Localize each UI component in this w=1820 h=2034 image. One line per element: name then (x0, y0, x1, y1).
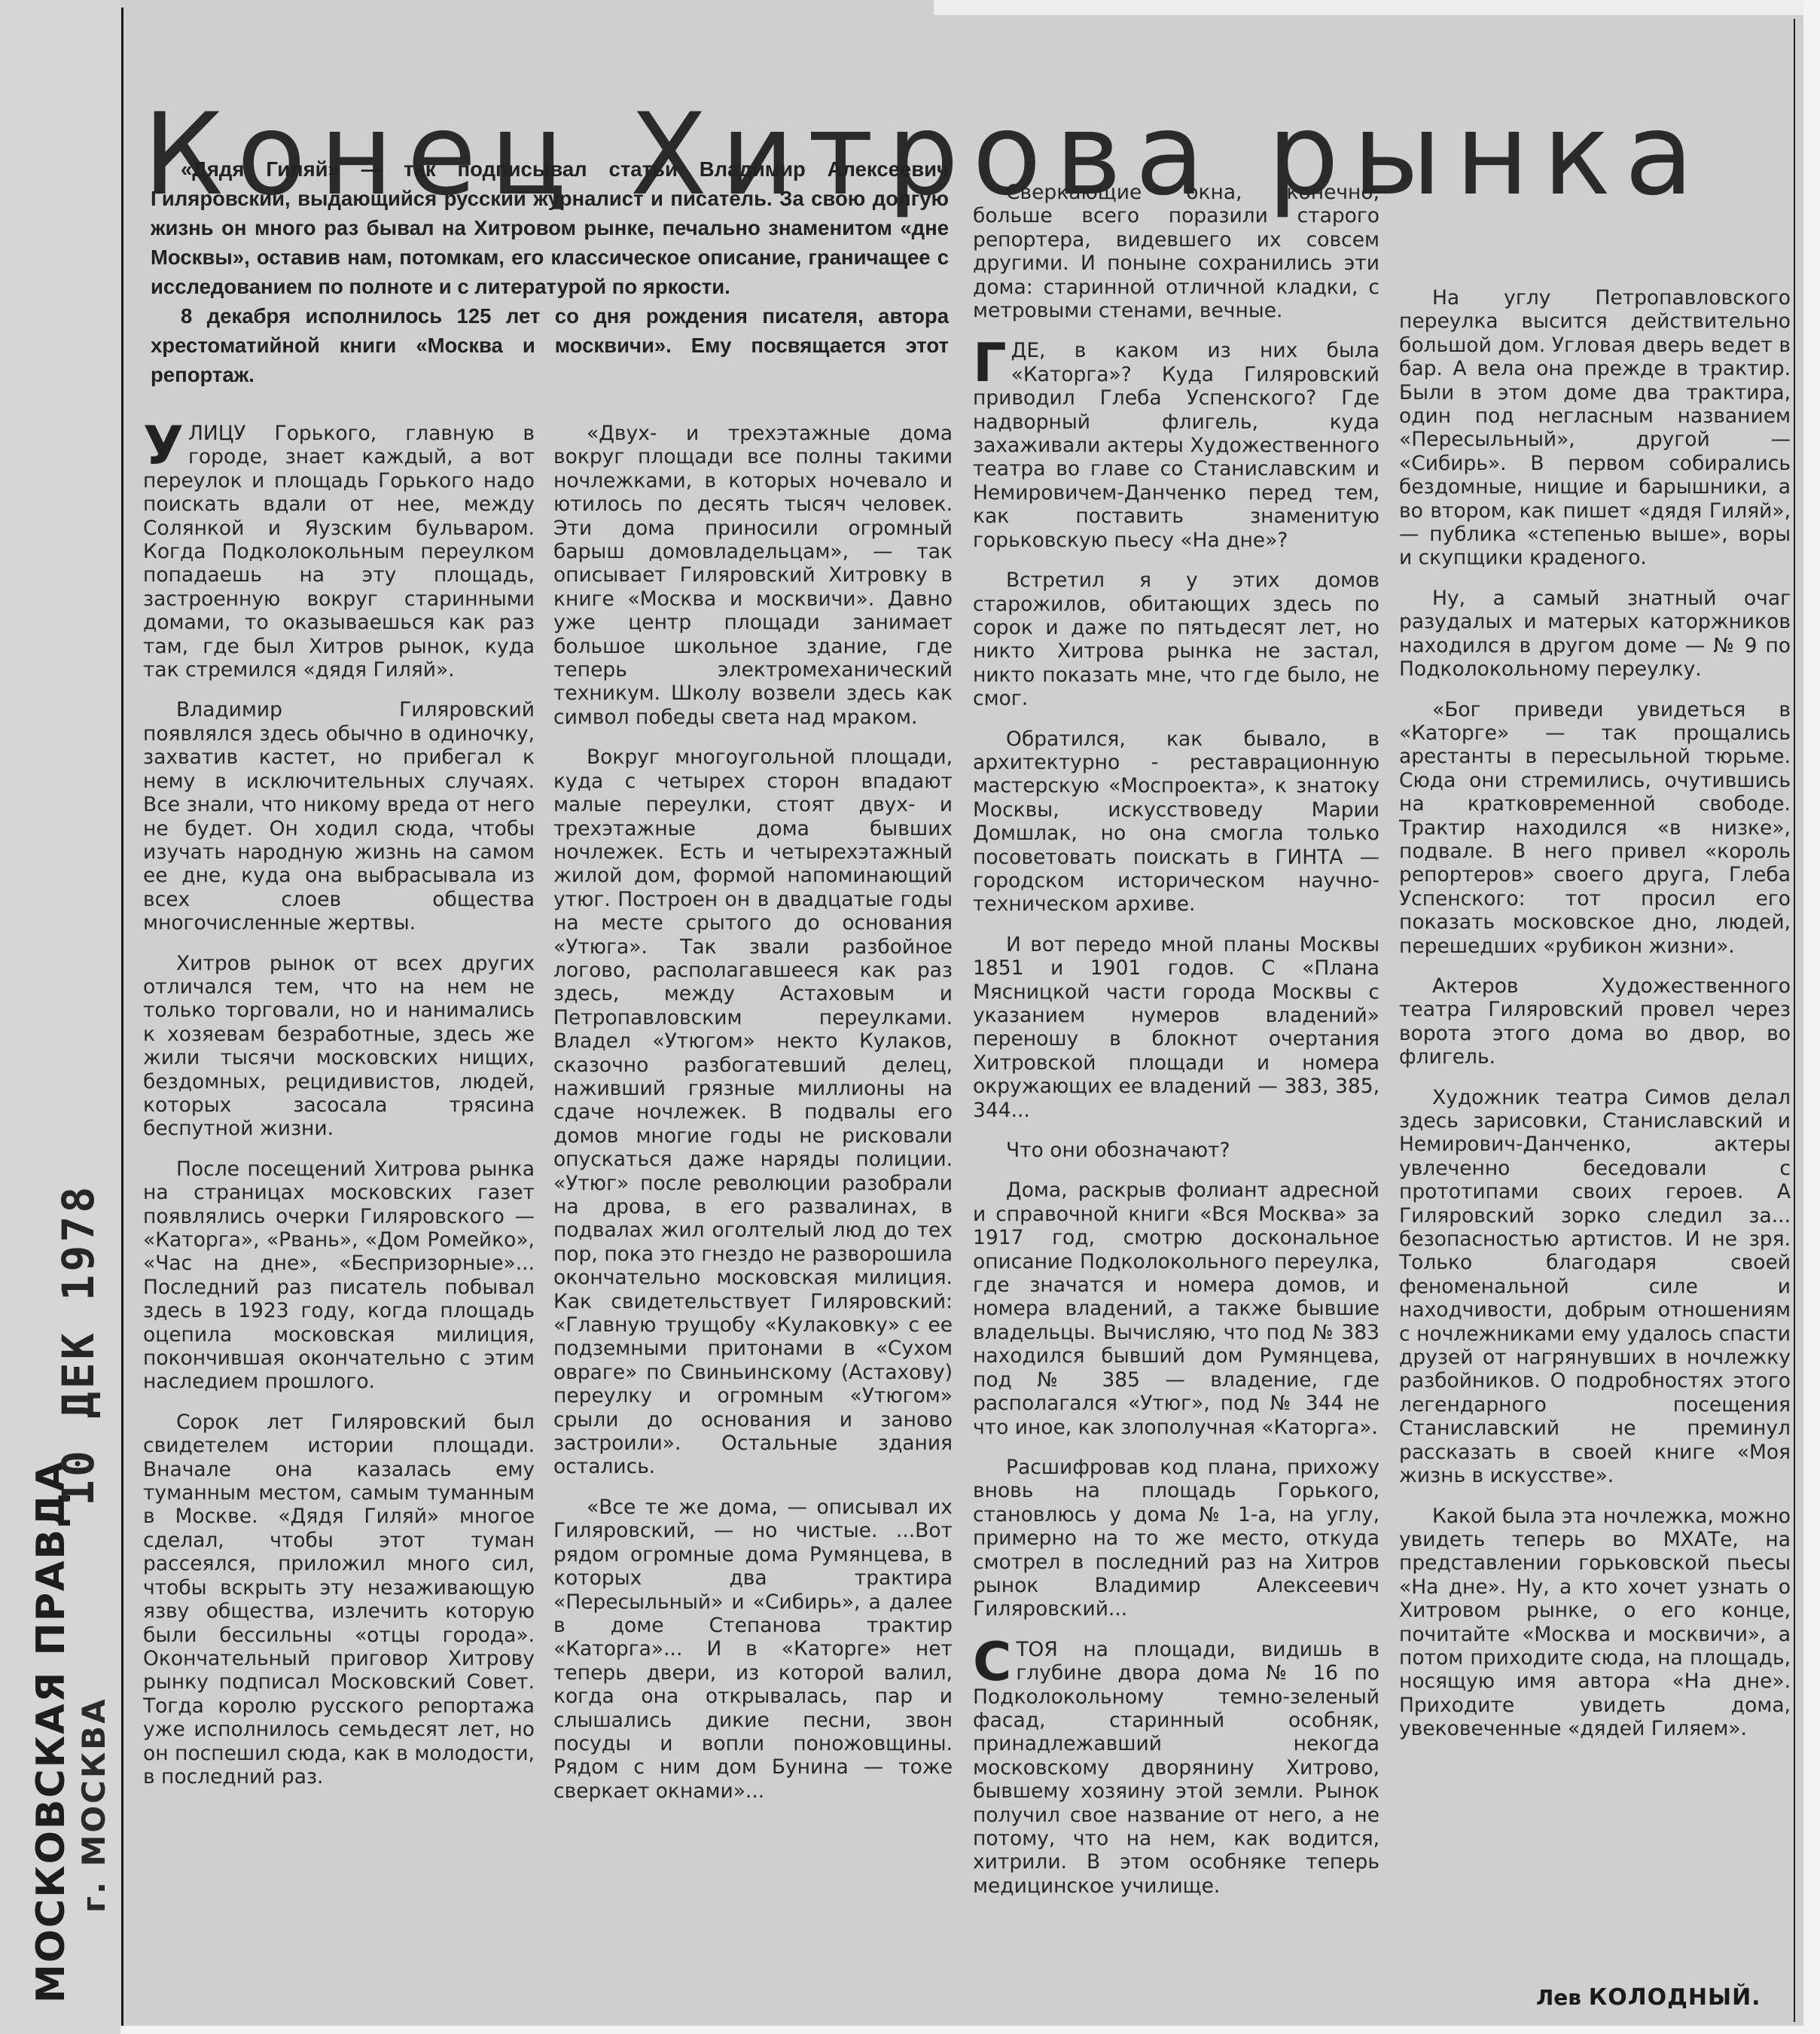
dropcap: С (973, 1641, 1011, 1683)
article-column-4: На углу Петропавловского переулка выситс… (1399, 286, 1791, 1758)
dropcap: У (143, 425, 184, 467)
lead-paragraphs: «Дядя Гиляй» — так подписывал статьи Вла… (151, 154, 949, 389)
paragraph: Хитров рынок от всех других отличался те… (143, 952, 535, 1141)
dropcap: Г (973, 342, 1007, 384)
article-column-2: «Двух- и трехэтажные дома вокруг площади… (553, 422, 953, 1819)
stamp-paper-name: МОСКОВСКАЯ ПРАВДА (29, 1459, 74, 2003)
article-column-1: УЛИЦУ Горького, главную в городе, знает … (143, 422, 535, 1805)
stamp-date: 10 ДЕК 1978 (53, 1184, 104, 1506)
paragraph: Актеров Художественного театра Гиляровск… (1399, 974, 1791, 1069)
paragraph: Обратился, как бывало, в архитектурно - … (973, 727, 1379, 916)
paragraph: «Бог приведи увидеться в «Каторге» — так… (1399, 698, 1791, 958)
newspaper-stamp: МОСКОВСКАЯ ПРАВДА г. МОСКВА 10 ДЕК 1978 (15, 1024, 128, 2026)
lead-paragraph: 8 декабря исполнилось 125 лет со дня рож… (151, 301, 949, 389)
paragraph: Расшифровав код плана, прихожу вновь на … (973, 1456, 1379, 1621)
paragraph: Сорок лет Гиляровский был свидетелем ист… (143, 1410, 535, 1789)
column-rule-right (1794, 19, 1795, 2022)
scan-background (1803, 0, 1820, 2034)
paragraph: Что они обозначают? (973, 1139, 1379, 1162)
paragraph: На углу Петропавловского переулка выситс… (1399, 286, 1791, 570)
paragraph: ГДЕ, в каком из них была «Каторга»? Куда… (973, 339, 1379, 552)
paragraph: Художник театра Симов делал здесь зарисо… (1399, 1086, 1791, 1488)
paragraph: Встретил я у этих домов старожилов, обит… (973, 569, 1379, 710)
author-first-name: Лев (1536, 1985, 1581, 2010)
paper-edge-bottom (120, 2026, 1807, 2034)
paragraph: Владимир Гиляровский появлялся здесь обы… (143, 698, 535, 935)
paragraph: «Все те же дома, — описывал их Гиляровск… (553, 1496, 953, 1803)
paper-edge (934, 0, 1820, 15)
byline: Лев КОЛОДНЫЙ. (1536, 1984, 1761, 2011)
paragraph: После посещений Хитрова рынка на страниц… (143, 1157, 535, 1394)
paragraph: И вот передо мной планы Москвы 1851 и 19… (973, 933, 1379, 1122)
paragraph: Ну, а самый знатный очаг разудалых и мат… (1399, 587, 1791, 682)
paragraph: СТОЯ на площади, видишь в глубине двора … (973, 1638, 1379, 1898)
author-surname: КОЛОДНЫЙ. (1589, 1984, 1761, 2011)
article-column-3: Сверкающие окна, конечно, больше всего п… (973, 181, 1379, 1914)
paragraph: Сверкающие окна, конечно, больше всего п… (973, 181, 1379, 322)
paragraph: Вокруг многоугольной площади, куда с чет… (553, 746, 953, 1479)
stamp-city: г. МОСКВА (75, 1697, 112, 1913)
paragraph: Дома, раскрыв фолиант адресной и справоч… (973, 1179, 1379, 1438)
lead-paragraph: «Дядя Гиляй» — так подписывал статьи Вла… (151, 154, 949, 301)
paragraph: «Двух- и трехэтажные дома вокруг площади… (553, 422, 953, 729)
paragraph: УЛИЦУ Горького, главную в городе, знает … (143, 422, 535, 682)
paragraph: Какой была эта ночлежка, можно увидеть т… (1399, 1505, 1791, 1741)
